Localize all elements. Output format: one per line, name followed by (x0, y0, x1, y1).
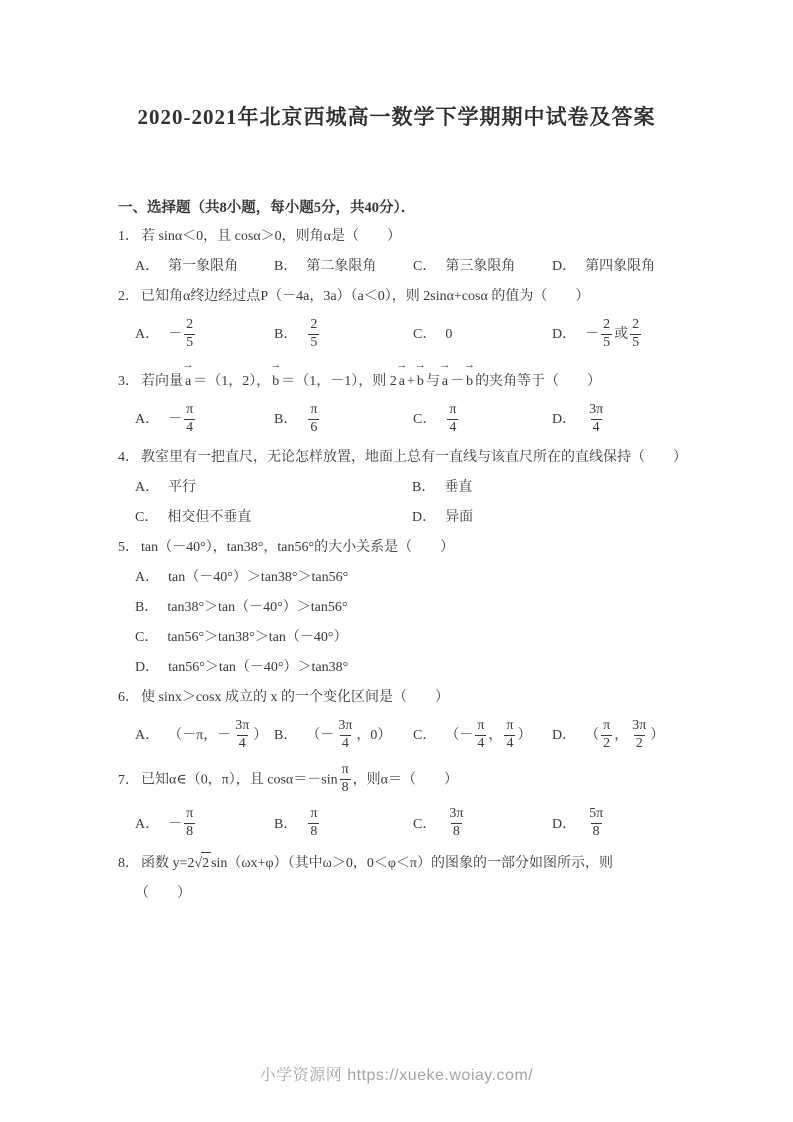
question-4-option-D: D．异面 (412, 507, 473, 529)
math-text: 相交但不垂直 (167, 507, 251, 529)
math-text: 0 (445, 324, 452, 346)
option-content: （－3π4，0） (306, 719, 391, 754)
fraction-denominator: 4 (237, 735, 248, 753)
vector-a: →a (397, 371, 407, 393)
fraction-numerator: 2 (601, 317, 612, 334)
question-2-options-row: A．－25B．25C．0D．－25或25 (118, 316, 696, 354)
math-text: 若向量 (141, 374, 183, 389)
fraction-numerator: π (475, 718, 486, 735)
vector-arrow-icon: → (464, 360, 475, 371)
vector-b: →b (464, 371, 475, 393)
square-root: √2 (194, 852, 211, 875)
question-5: 5．tan（－40°），tan38°，tan56°的大小关系是（ ）A．tan（… (118, 537, 696, 679)
option-content: 相交但不垂直 (167, 507, 251, 529)
question-7-stem: 7．已知α∈（0，π），且 cosα＝－sinπ8，则α＝（ ） (118, 763, 696, 798)
math-text: 第四象限角 (585, 256, 655, 278)
question-3-option-A: A．－π4 (135, 403, 274, 438)
option-label: B． (274, 725, 297, 747)
fraction: 3π4 (233, 718, 251, 753)
math-text: 已知α∈（0，π），且 cosα＝－sin (141, 773, 338, 788)
footer-watermark: 小学资源网 https://xueke.woiay.com/ (0, 1062, 793, 1085)
fraction: 25 (308, 317, 319, 352)
fraction-numerator: 2 (630, 317, 641, 334)
question-5-stem: 5．tan（－40°），tan38°，tan56°的大小关系是（ ） (118, 537, 696, 559)
question-3-options-row: A．－π4B．π6C．π4D．3π4 (118, 401, 696, 439)
math-text: － (585, 324, 599, 346)
question-6: 6．使 sinx＞cosx 成立的 x 的一个变化区间是（ ）A．（－π，－3π… (118, 687, 696, 755)
fraction: π8 (308, 806, 319, 841)
math-text: 异面 (445, 507, 473, 529)
option-label: C． (413, 256, 436, 278)
fraction: 3π8 (447, 806, 465, 841)
question-number: 1． (118, 229, 139, 244)
option-content: π6 (306, 403, 321, 438)
option-label: D． (552, 814, 576, 836)
option-label: C． (135, 507, 158, 529)
question-number: 5． (118, 540, 139, 555)
math-text: 的夹角等于（ ） (475, 374, 601, 389)
question-4-option-C: C．相交但不垂直 (135, 507, 412, 529)
question-6-option-D: D．（π2，3π2） (552, 719, 664, 754)
question-2-option-A: A．－25 (135, 318, 274, 353)
option-content: π4 (445, 403, 460, 438)
vector-letter: b (272, 374, 279, 389)
math-text: tan56°＞tan（－40°）＞tan38° (168, 657, 348, 679)
math-text: ＝（1，2）， (193, 374, 270, 389)
option-label: D． (552, 324, 576, 346)
math-text: 平行 (168, 477, 196, 499)
fraction-denominator: 2 (634, 735, 645, 753)
question-7-option-A: A．－π8 (135, 807, 274, 842)
fraction-numerator: 3π (336, 718, 354, 735)
vector-letter: a (442, 374, 448, 389)
fraction: 3π4 (336, 718, 354, 753)
question-5-option-D: D．tan56°＞tan（－40°）＞tan38° (118, 657, 696, 679)
fraction-numerator: 3π (630, 718, 648, 735)
option-content: 5π8 (585, 807, 607, 842)
math-text: ） (518, 725, 532, 747)
question-number: 8． (118, 856, 139, 871)
math-text: （－ (445, 725, 473, 747)
math-text: － (168, 409, 182, 431)
fraction: π8 (340, 762, 351, 797)
fraction-numerator: π (184, 806, 195, 823)
fraction: 25 (184, 317, 195, 352)
option-label: A． (135, 570, 159, 585)
option-label: A． (135, 324, 159, 346)
option-content: 3π4 (585, 403, 607, 438)
fraction: π4 (447, 402, 458, 437)
question-2-option-B: B．25 (274, 318, 413, 353)
fraction: 3π2 (630, 718, 648, 753)
math-text: 已知角α终边经过点P（－4a，3a）（a＜0），则 2sinα+cosα 的值为… (141, 289, 589, 304)
fraction-denominator: 5 (184, 334, 195, 352)
question-4-options-row: A．平行B．垂直 (118, 477, 696, 499)
fraction-numerator: 2 (308, 317, 319, 334)
question-7-option-C: C．3π8 (413, 807, 552, 842)
fraction-denominator: 2 (601, 735, 612, 753)
question-number: 7． (118, 773, 139, 788)
fraction-numerator: π (308, 402, 319, 419)
option-label: D． (135, 660, 159, 675)
question-1-option-A: A．第一象限角 (135, 256, 274, 278)
fraction: 25 (630, 317, 641, 352)
vector-arrow-icon: → (183, 360, 194, 371)
question-6-option-C: C．（－π4，π4） (413, 719, 552, 754)
fraction: π2 (601, 718, 612, 753)
fraction-denominator: 4 (475, 735, 486, 753)
option-label: C． (413, 814, 436, 836)
math-text: 第一象限角 (168, 256, 238, 278)
question-4-option-B: B．垂直 (412, 477, 472, 499)
vector-b: →b (415, 371, 426, 393)
option-content: －25 (168, 318, 197, 353)
fraction-numerator: π (184, 402, 195, 419)
question-2-option-C: C．0 (413, 324, 552, 346)
option-content: 25 (306, 318, 321, 353)
option-content: tan56°＞tan（－40°）＞tan38° (168, 657, 348, 679)
question-4-stem: 4．教室里有一把直尺，无论怎样放置，地面上总有一直线与该直尺所在的直线保持（ ） (118, 447, 696, 469)
option-content: （－π，－3π4） (168, 719, 267, 754)
question-7: 7．已知α∈（0，π），且 cosα＝－sinπ8，则α＝（ ）A．－π8B．π… (118, 763, 696, 844)
question-7-options-row: A．－π8B．π8C．3π8D．5π8 (118, 806, 696, 844)
math-text: （－ (306, 725, 334, 747)
question-5-option-B: B．tan38°＞tan（－40°）＞tan56° (118, 597, 696, 619)
option-content: tan（－40°）＞tan38°＞tan56° (168, 567, 348, 589)
vector-letter: b (417, 374, 424, 389)
option-label: B． (274, 256, 297, 278)
vector-a: →a (440, 371, 450, 393)
fraction: 25 (601, 317, 612, 352)
question-6-stem: 6．使 sinx＞cosx 成立的 x 的一个变化区间是（ ） (118, 687, 696, 709)
fraction-denominator: 4 (340, 735, 351, 753)
vector-arrow-icon: → (415, 360, 426, 371)
math-text: ） (650, 725, 664, 747)
exam-content: 一、选择题（共8小题，每小题5分，共40分）． 1．若 sinα＜0，且 cos… (118, 198, 696, 913)
fraction-denominator: 8 (451, 823, 462, 841)
math-text: 若 sinα＜0，且 cosα＞0，则角α是（ ） (141, 229, 401, 244)
question-number: 2． (118, 289, 139, 304)
fraction: π8 (184, 806, 195, 841)
question-3-option-B: B．π6 (274, 403, 413, 438)
option-label: D． (412, 507, 436, 529)
math-text: － (450, 374, 464, 389)
fraction-denominator: 4 (184, 419, 195, 437)
math-text: 垂直 (444, 477, 472, 499)
math-text: ，则α＝（ ） (353, 773, 458, 788)
question-8: 8．函数 y=2√2sin（ωx+φ）（其中ω＞0，0＜φ＜π）的图象的一部分如… (118, 852, 696, 905)
question-5-option-A: A．tan（－40°）＞tan38°＞tan56° (118, 567, 696, 589)
option-content: （－π4，π4） (445, 719, 531, 754)
math-text: － (168, 814, 182, 836)
question-1-stem: 1．若 sinα＜0，且 cosα＞0，则角α是（ ） (118, 226, 696, 248)
fraction: π4 (504, 718, 515, 753)
option-label: C． (135, 630, 158, 645)
fraction-numerator: 2 (184, 317, 195, 334)
option-label: D． (552, 256, 576, 278)
math-text: tan（－40°）＞tan38°＞tan56° (168, 567, 348, 589)
vector-a: →a (183, 371, 193, 393)
fraction-denominator: 5 (601, 334, 612, 352)
option-label: C． (413, 409, 436, 431)
fraction-numerator: π (340, 762, 351, 779)
vector-b: →b (270, 371, 281, 393)
option-content: －π4 (168, 403, 197, 438)
option-label: D． (552, 409, 576, 431)
fraction-denominator: 5 (630, 334, 641, 352)
question-number: 6． (118, 690, 139, 705)
question-4-option-A: A．平行 (135, 477, 412, 499)
option-label: A． (135, 814, 159, 836)
vector-letter: a (399, 374, 405, 389)
fraction: 5π8 (587, 806, 605, 841)
question-1-options-row: A．第一象限角B．第二象限角C．第三象限角D．第四象限角 (118, 256, 696, 278)
fraction-denominator: 8 (591, 823, 602, 841)
fraction-denominator: 5 (308, 334, 319, 352)
fraction: π4 (475, 718, 486, 753)
question-8-stem: 8．函数 y=2√2sin（ωx+φ）（其中ω＞0，0＜φ＜π）的图象的一部分如… (118, 852, 696, 875)
question-6-option-A: A．（－π，－3π4） (135, 719, 274, 754)
fraction-numerator: 5π (587, 806, 605, 823)
math-text: 或 (614, 324, 628, 346)
questions: 1．若 sinα＜0，且 cosα＞0，则角α是（ ）A．第一象限角B．第二象限… (118, 226, 696, 905)
fraction-numerator: π (308, 806, 319, 823)
fraction-denominator: 6 (308, 419, 319, 437)
math-text: 教室里有一把直尺，无论怎样放置，地面上总有一直线与该直尺所在的直线保持（ ） (141, 450, 687, 465)
option-content: 异面 (445, 507, 473, 529)
fraction-numerator: π (504, 718, 515, 735)
fraction-denominator: 8 (340, 779, 351, 797)
vector-arrow-icon: → (396, 360, 407, 371)
math-text: 第二象限角 (306, 256, 376, 278)
option-label: A． (135, 477, 159, 499)
math-text: ） (253, 725, 267, 747)
question-7-option-D: D．5π8 (552, 807, 607, 842)
option-label: C． (413, 324, 436, 346)
option-content: 0 (445, 324, 452, 346)
math-text: 第三象限角 (445, 256, 515, 278)
option-label: B． (135, 600, 158, 615)
question-2: 2．已知角α终边经过点P（－4a，3a）（a＜0），则 2sinα+cosα 的… (118, 286, 696, 354)
question-6-options-row: A．（－π，－3π4）B．（－3π4，0）C．（－π4，π4）D．（π2，3π2… (118, 717, 696, 755)
math-text: 与 (426, 374, 440, 389)
option-content: π8 (306, 807, 321, 842)
vector-letter: b (466, 374, 473, 389)
question-number: 3． (118, 374, 139, 389)
question-3-stem: 3．若向量→a＝（1，2），→b＝（1，－1），则 2→a+→b与→a－→b的夹… (118, 362, 696, 393)
fraction-numerator: π (447, 402, 458, 419)
option-label: B． (274, 409, 297, 431)
vector-arrow-icon: → (270, 360, 281, 371)
question-2-stem: 2．已知角α终边经过点P（－4a，3a）（a＜0），则 2sinα+cosα 的… (118, 286, 696, 308)
question-2-option-D: D．－25或25 (552, 318, 643, 353)
fraction-denominator: 8 (184, 823, 195, 841)
fraction-numerator: 3π (447, 806, 465, 823)
fraction: π4 (184, 402, 195, 437)
math-text: tan56°＞tan38°＞tan（－40°） (167, 627, 347, 649)
option-label: D． (552, 725, 576, 747)
question-8-stem-continuation: （ ） (118, 883, 696, 905)
fraction-denominator: 8 (308, 823, 319, 841)
math-text: tan（－40°），tan38°，tan56°的大小关系是（ ） (141, 540, 454, 555)
question-4: 4．教室里有一把直尺，无论怎样放置，地面上总有一直线与该直尺所在的直线保持（ ）… (118, 447, 696, 529)
math-text: 函数 y=2 (141, 856, 194, 871)
question-1: 1．若 sinα＜0，且 cosα＞0，则角α是（ ）A．第一象限角B．第二象限… (118, 226, 696, 278)
option-content: 第二象限角 (306, 256, 376, 278)
fraction-denominator: 4 (504, 735, 515, 753)
question-1-option-B: B．第二象限角 (274, 256, 413, 278)
question-3: 3．若向量→a＝（1，2），→b＝（1，－1），则 2→a+→b与→a－→b的夹… (118, 362, 696, 439)
option-label: A． (135, 725, 159, 747)
math-text: sin（ωx+φ）（其中ω＞0，0＜φ＜π）的图象的一部分如图所示，则 (211, 856, 613, 871)
math-text: + (407, 374, 415, 389)
option-content: －25或25 (585, 318, 643, 353)
option-content: tan56°＞tan38°＞tan（－40°） (167, 627, 347, 649)
question-number: 4． (118, 450, 139, 465)
vector-letter: a (185, 374, 191, 389)
fraction-numerator: 3π (233, 718, 251, 735)
question-3-option-C: C．π4 (413, 403, 552, 438)
option-content: 3π8 (445, 807, 467, 842)
math-text: 使 sinx＞cosx 成立的 x 的一个变化区间是（ ） (141, 690, 449, 705)
page-title: 2020-2021年北京西城高一数学下学期期中试卷及答案 (0, 101, 793, 131)
math-text: － (168, 324, 182, 346)
math-text: ， (488, 725, 502, 747)
option-content: 第四象限角 (585, 256, 655, 278)
math-text: ， (614, 725, 628, 747)
question-3-option-D: D．3π4 (552, 403, 607, 438)
fraction-denominator: 4 (447, 419, 458, 437)
math-text: tan38°＞tan（－40°）＞tan56° (167, 597, 347, 619)
question-6-option-B: B．（－3π4，0） (274, 719, 413, 754)
fraction-numerator: π (601, 718, 612, 735)
fraction: 3π4 (587, 402, 605, 437)
question-7-option-B: B．π8 (274, 807, 413, 842)
fraction-numerator: 3π (587, 402, 605, 419)
radicand: 2 (201, 852, 211, 875)
fraction: π6 (308, 402, 319, 437)
question-1-option-C: C．第三象限角 (413, 256, 552, 278)
option-label: C． (413, 725, 436, 747)
option-label: B． (274, 324, 297, 346)
option-content: 第三象限角 (445, 256, 515, 278)
option-content: 第一象限角 (168, 256, 238, 278)
question-1-option-D: D．第四象限角 (552, 256, 655, 278)
option-content: tan38°＞tan（－40°）＞tan56° (167, 597, 347, 619)
question-4-options-row: C．相交但不垂直D．异面 (118, 507, 696, 529)
option-content: 垂直 (444, 477, 472, 499)
option-label: A． (135, 409, 159, 431)
option-content: －π8 (168, 807, 197, 842)
option-label: B． (412, 477, 435, 499)
math-text: ＝（1，－1），则 2 (281, 374, 397, 389)
option-content: 平行 (168, 477, 196, 499)
option-label: B． (274, 814, 297, 836)
vector-arrow-icon: → (439, 360, 450, 371)
question-5-option-C: C．tan56°＞tan38°＞tan（－40°） (118, 627, 696, 649)
option-content: （π2，3π2） (585, 719, 664, 754)
exam-page: 2020-2021年北京西城高一数学下学期期中试卷及答案 一、选择题（共8小题，… (0, 0, 793, 1122)
option-label: A． (135, 256, 159, 278)
math-text: ，0） (356, 725, 391, 747)
math-text: （－π，－ (168, 725, 231, 747)
fraction-denominator: 4 (591, 419, 602, 437)
math-text: （ (585, 725, 599, 747)
section-heading: 一、选择题（共8小题，每小题5分，共40分）． (118, 198, 696, 218)
